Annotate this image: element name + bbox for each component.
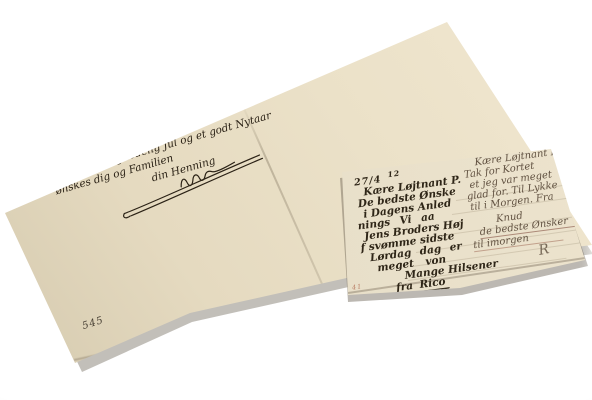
- corner-mark: 41: [351, 282, 362, 291]
- photograph: Kære Pontoppidan en glædelig Jul og et g…: [0, 0, 592, 400]
- small-card-right-column: Kære Løjtnant P. Tak for Kortet et jeg v…: [462, 142, 592, 263]
- date-year: 12: [387, 169, 401, 180]
- inventory-pencil-mark: 545: [81, 315, 105, 332]
- large-card-handwriting: Kære Pontoppidan en glædelig Jul og et g…: [46, 81, 338, 238]
